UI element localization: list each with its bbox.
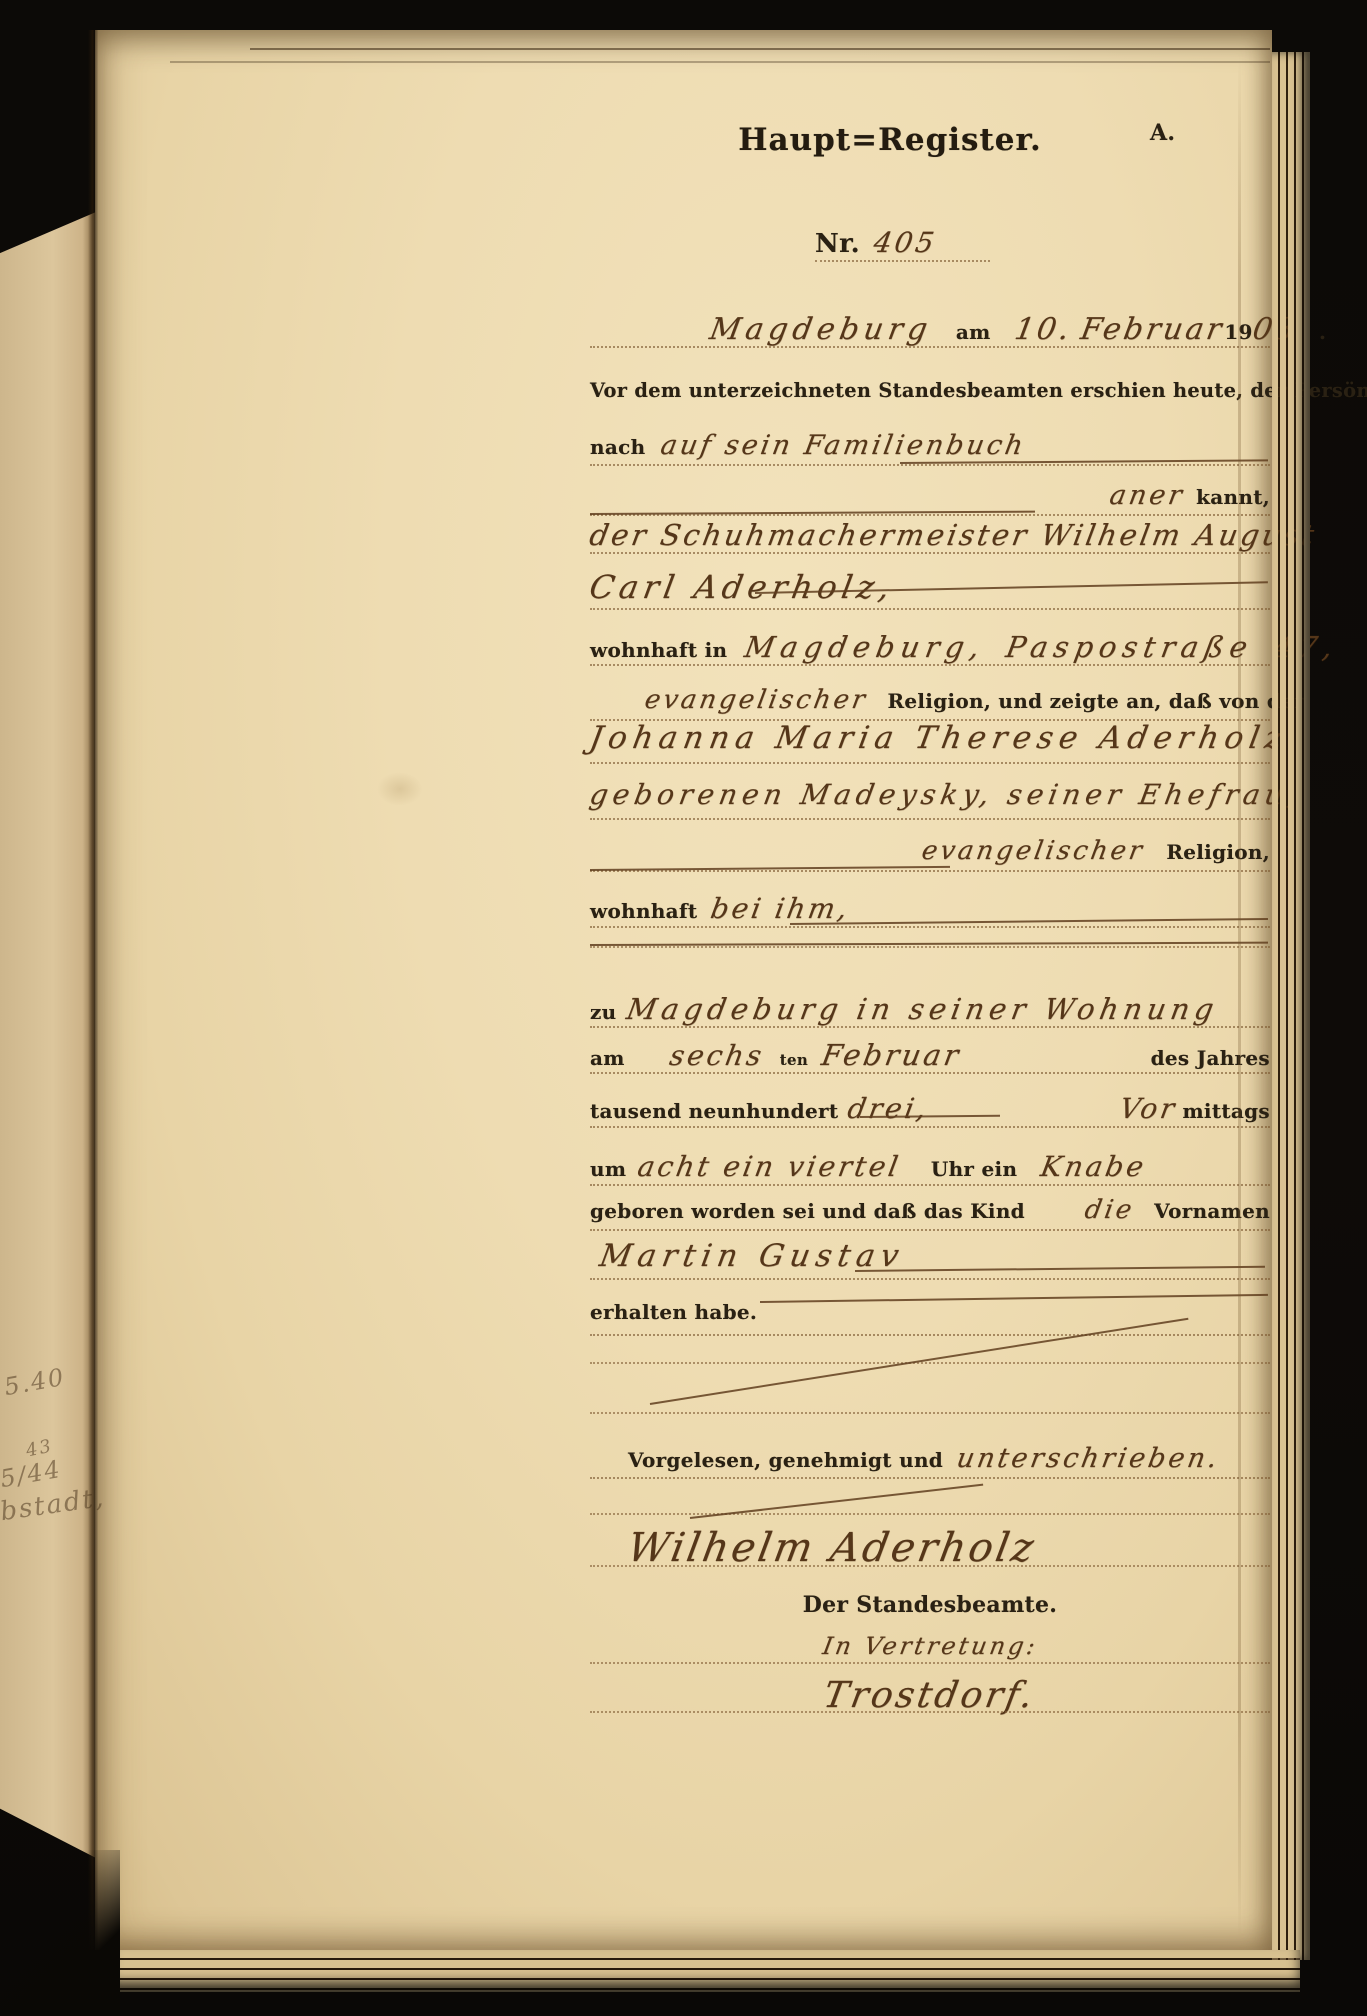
father-residence: Magdeburg, Paspostraße 47, <box>742 630 1341 664</box>
wohnhaft-in-label: wohnhaft in <box>590 638 727 662</box>
intro-line-1: Vor dem unterzeichneten Standesbeamten e… <box>590 378 1270 416</box>
blank-ruled-line-4 <box>590 1513 1270 1515</box>
binding-gutter-shadow <box>88 30 98 1950</box>
nach-label: nach <box>590 435 645 459</box>
kannt-printed: kannt, <box>1196 485 1270 509</box>
mittags-printed: mittags <box>1182 1099 1270 1123</box>
vornamen-printed: Vornamen <box>1154 1199 1270 1223</box>
blank-ruled-line-1 <box>590 946 1270 948</box>
erhalten-row: erhalten habe. <box>590 1300 1270 1338</box>
scanned-register-photo: Haupt=Register. A. Nr. 405 Magdeburg am … <box>0 0 1367 2016</box>
page-stack-edge-right <box>1272 52 1310 1960</box>
um-label: um <box>590 1157 626 1181</box>
corner-letter-row: A. <box>1150 120 1230 158</box>
previous-page-edge <box>0 212 96 1858</box>
blank-ruled-line-7 <box>590 1711 1270 1713</box>
des-jahres-label: des Jahres <box>1151 1046 1270 1070</box>
registrar-title: Der Standesbeamte. <box>803 1592 1058 1618</box>
deputy-note: In Vertretung: <box>820 1632 1040 1660</box>
deputy-signature: Trostdorf. <box>821 1675 1039 1716</box>
mother-name-row: Johanna Maria Therese Aderholz <box>590 720 1270 766</box>
given-names-row: Martin Gustav <box>590 1238 1270 1282</box>
birth-year-row: tausend neunhundert drei, Vor mittags <box>590 1092 1270 1130</box>
child-given-names: Martin Gustav <box>597 1238 908 1274</box>
paper-stain <box>377 772 423 806</box>
blank-ruled-line-3 <box>590 1412 1270 1414</box>
deputy-note-row: In Vertretung: <box>590 1632 1350 1670</box>
vorgelesen-printed: Vorgelesen, genehmigt und <box>628 1448 943 1472</box>
geboren-printed: geboren worden sei und daß das Kind <box>590 1199 1025 1223</box>
birth-day-word: sechs <box>667 1039 767 1072</box>
birth-record-form: Haupt=Register. A. Nr. 405 Magdeburg am … <box>590 30 1272 1950</box>
birth-place-row: zu Magdeburg in seiner Wohnung <box>590 992 1270 1030</box>
mother-residence: bei ihm, <box>708 892 853 925</box>
page-stack-edge-bottom <box>110 1950 1300 1992</box>
record-number-label: Nr. <box>815 229 860 259</box>
uhr-ein-label: Uhr ein <box>931 1157 1017 1181</box>
wohnhaft-label: wohnhaft <box>590 899 697 923</box>
year-prefix-printed: tausend neunhundert <box>590 1099 838 1123</box>
geboren-row: geboren worden sei und daß das Kind die … <box>590 1195 1270 1233</box>
vor-written: Vor <box>1117 1092 1180 1125</box>
birth-time-row: um acht ein viertel Uhr ein Knabe <box>590 1150 1270 1188</box>
signature-row: Wilhelm Aderholz <box>590 1525 1270 1581</box>
birth-day-row: am sechs ten Februar des Jahres <box>590 1038 1270 1076</box>
record-number-value: 405 <box>871 226 939 259</box>
am-label: am <box>956 320 991 344</box>
deputy-signature-row: Trostdorf. <box>590 1675 1360 1723</box>
bottom-left-shadow <box>0 1850 120 2016</box>
blank-ruled-line-5 <box>590 1565 1270 1567</box>
mother-maiden-name: geborenen Madeysky, seiner Ehefrau, <box>587 778 1305 811</box>
month-value: Februar <box>1078 312 1227 347</box>
page-title: Haupt=Register. <box>738 122 1042 158</box>
father-religion: evangelischer <box>642 685 870 715</box>
blank-ruled-line-2 <box>590 1362 1270 1364</box>
page-stack-edge-top-1 <box>250 48 1270 50</box>
birth-am-label: am <box>590 1046 625 1070</box>
mother-name: Johanna Maria Therese Aderholz <box>587 720 1291 756</box>
erhalten-printed: erhalten habe. <box>590 1300 757 1324</box>
religion-printed-1: Religion, und zeigte an, daß von der <box>887 689 1305 713</box>
registrar-title-row: Der Standesbeamte. <box>590 1592 1320 1630</box>
birth-month: Februar <box>819 1038 964 1072</box>
father-name: Carl Aderholz, <box>587 568 898 606</box>
page-crease-right <box>1238 60 1241 1940</box>
year-word: drei, <box>845 1092 932 1125</box>
ten-suffix: ten <box>780 1051 808 1069</box>
mother-residence-row: wohnhaft bei ihm, <box>590 892 1270 930</box>
father-occupation: der Schuhmachermeister Wilhelm August <box>587 518 1319 552</box>
intro-text: Vor dem unterzeichneten Standesbeamten e… <box>590 378 1367 402</box>
form-header: Haupt=Register. <box>740 122 1040 160</box>
date-period: . <box>1319 320 1326 344</box>
aner-written: aner <box>1107 480 1187 511</box>
die-written: die <box>1082 1195 1137 1225</box>
mother-religion: evangelischer <box>919 836 1147 866</box>
religion-printed-2: Religion, <box>1166 840 1270 864</box>
date-row: Magdeburg am 10. Februar 19 03 . <box>590 312 1270 350</box>
day-value: 10. <box>1011 312 1074 347</box>
mother-maiden-row: geborenen Madeysky, seiner Ehefrau, <box>590 778 1270 822</box>
unterschrieben-written: unterschrieben. <box>954 1443 1222 1474</box>
page-stack-edge-top-2 <box>170 61 1270 63</box>
birth-place: Magdeburg in seiner Wohnung <box>624 992 1221 1026</box>
zu-label: zu <box>590 1000 617 1024</box>
identification-means: auf sein Familienbuch <box>659 430 1029 461</box>
child-sex: Knabe <box>1038 1150 1149 1183</box>
register-page: Haupt=Register. A. Nr. 405 Magdeburg am … <box>95 30 1272 1950</box>
vorgelesen-row: Vorgelesen, genehmigt und unterschrieben… <box>590 1443 1270 1481</box>
place-of-record: Magdeburg <box>707 312 935 347</box>
father-occupation-row: der Schuhmachermeister Wilhelm August <box>590 518 1270 556</box>
father-religion-row: evangelischer Religion, und zeigte an, d… <box>590 685 1270 723</box>
record-number-row: Nr. 405 <box>815 226 990 264</box>
blank-ruled-line-6 <box>590 1662 1270 1664</box>
register-section-letter: A. <box>1150 120 1175 146</box>
birth-time: acht ein viertel <box>635 1150 903 1183</box>
father-residence-row: wohnhaft in Magdeburg, Paspostraße 47, <box>590 630 1270 668</box>
